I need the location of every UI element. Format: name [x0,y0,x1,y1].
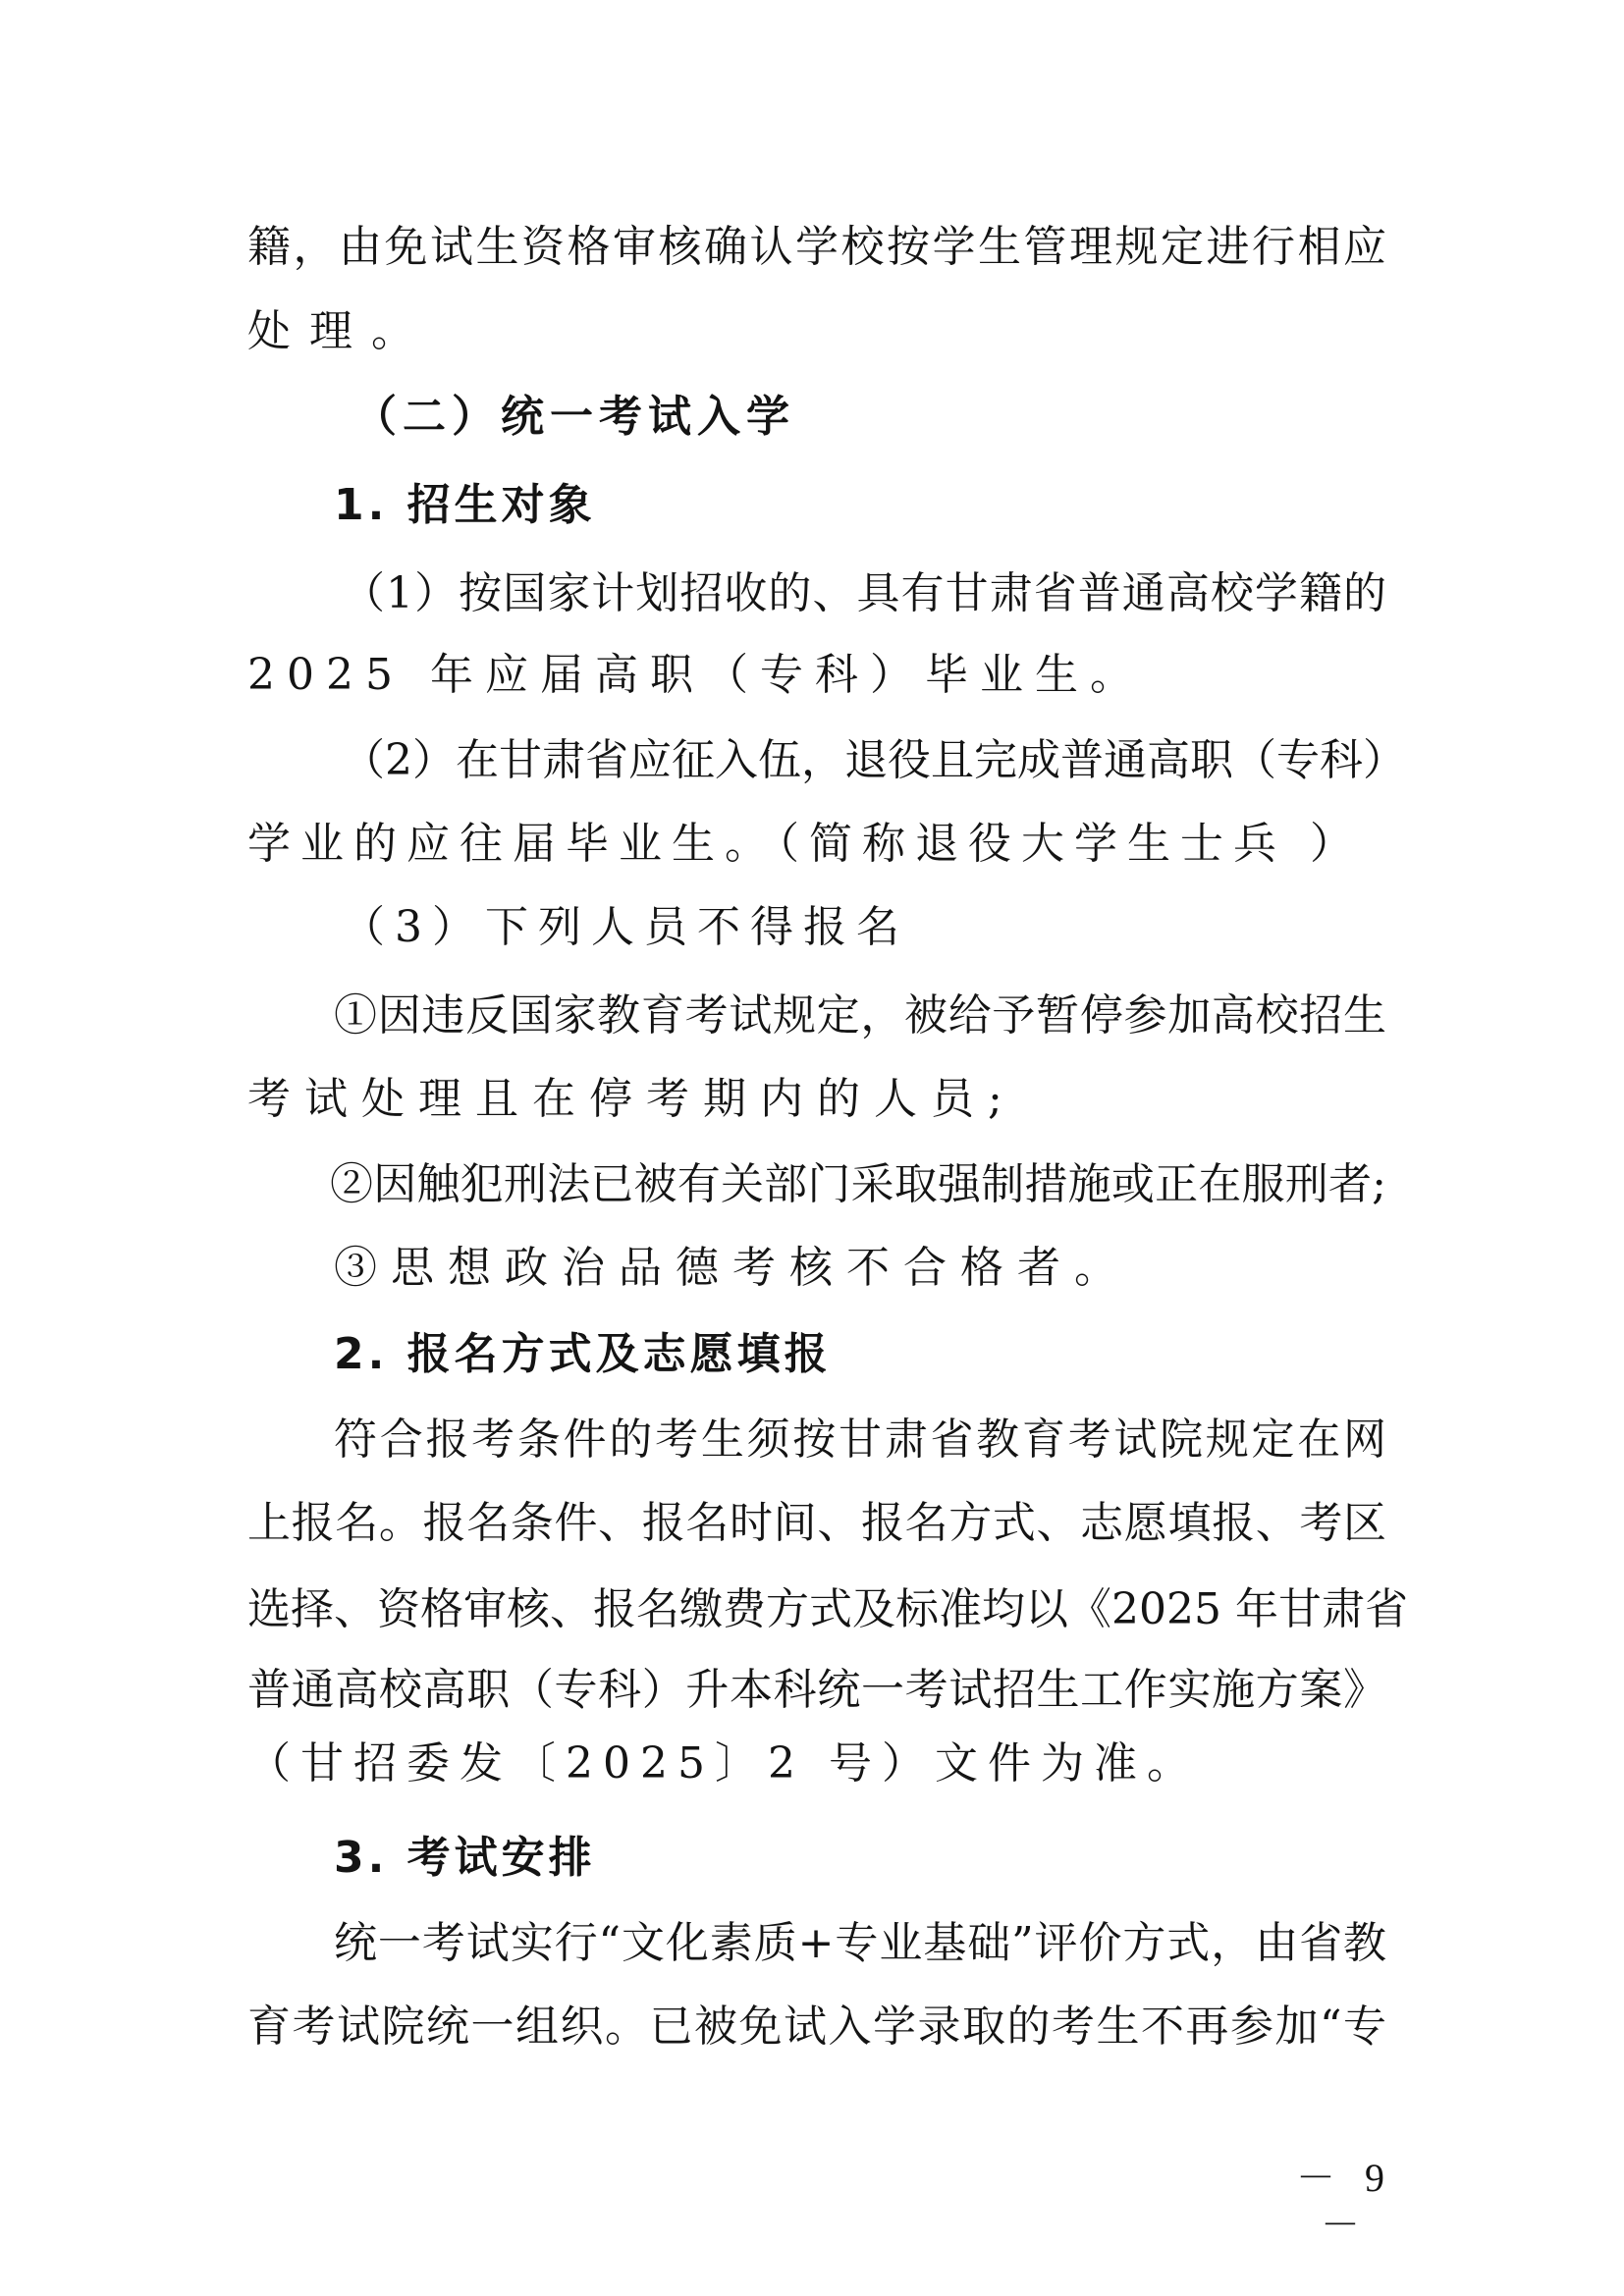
body-text-line: 统一考试实行“文化素质+专业基础”评价方式，由省教 [334,1914,1386,1973]
body-text-line: 处理。 [247,302,1386,361]
body-text-line: 选择、资格审核、报名缴费方式及标准均以《2025 年甘肃省 [247,1580,1386,1639]
body-text-line: 学业的应往届毕业生。（简称退役大学生士兵 ） [247,815,1386,874]
list-item-text: ①因违反国家教育考试规定，被给予暂停参加高校招生 [334,987,1386,1045]
body-text-line: 符合报考条件的考生须按甘肃省教育考试院规定在网 [334,1411,1386,1469]
section-heading: （二）统一考试入学 [353,388,1492,447]
document-page: 籍，由免试生资格审核确认学校按学生管理规定进行相应 处理。 （二）统一考试入学 … [0,0,1624,2296]
list-item-text: （1）按国家计划招收的、具有甘肃省普通高校学籍的 [342,564,1386,623]
body-text-line: 籍，由免试生资格审核确认学校按学生管理规定进行相应 [247,218,1386,277]
list-item-text: ③思想政治品德考核不合格者。 [334,1239,1386,1298]
page-number: － 9 － [1276,2155,1414,2202]
body-text-line: 上报名。报名条件、报名时间、报名方式、志愿填报、考区 [247,1494,1386,1553]
body-text-line: （甘招委发〔2025〕2 号）文件为准。 [247,1735,1386,1793]
list-item-text: ②因触犯刑法已被有关部门采取强制措施或正在服刑者; [330,1155,1386,1214]
body-text-line: 2025 年应届高职（专科）毕业生。 [247,646,1386,705]
subheading-exam-arrangement: 3. 考试安排 [334,1829,1386,1888]
subheading-enrollment-targets: 1. 招生对象 [334,476,1386,535]
list-item-text: （3）下列人员不得报名 [342,898,1394,957]
body-text-line: 考试处理且在停考期内的人员; [247,1070,1386,1129]
subheading-registration: 2. 报名方式及志愿填报 [334,1325,1386,1384]
body-text-line: 育考试院统一组织。已被免试入学录取的考生不再参加“专 [247,1998,1386,2056]
body-text-line: 普通高校高职（专科）升本科统一考试招生工作实施方案》 [247,1661,1386,1720]
list-item-text: （2）在甘肃省应征入伍，退役且完成普通高职（专科） [342,731,1386,790]
